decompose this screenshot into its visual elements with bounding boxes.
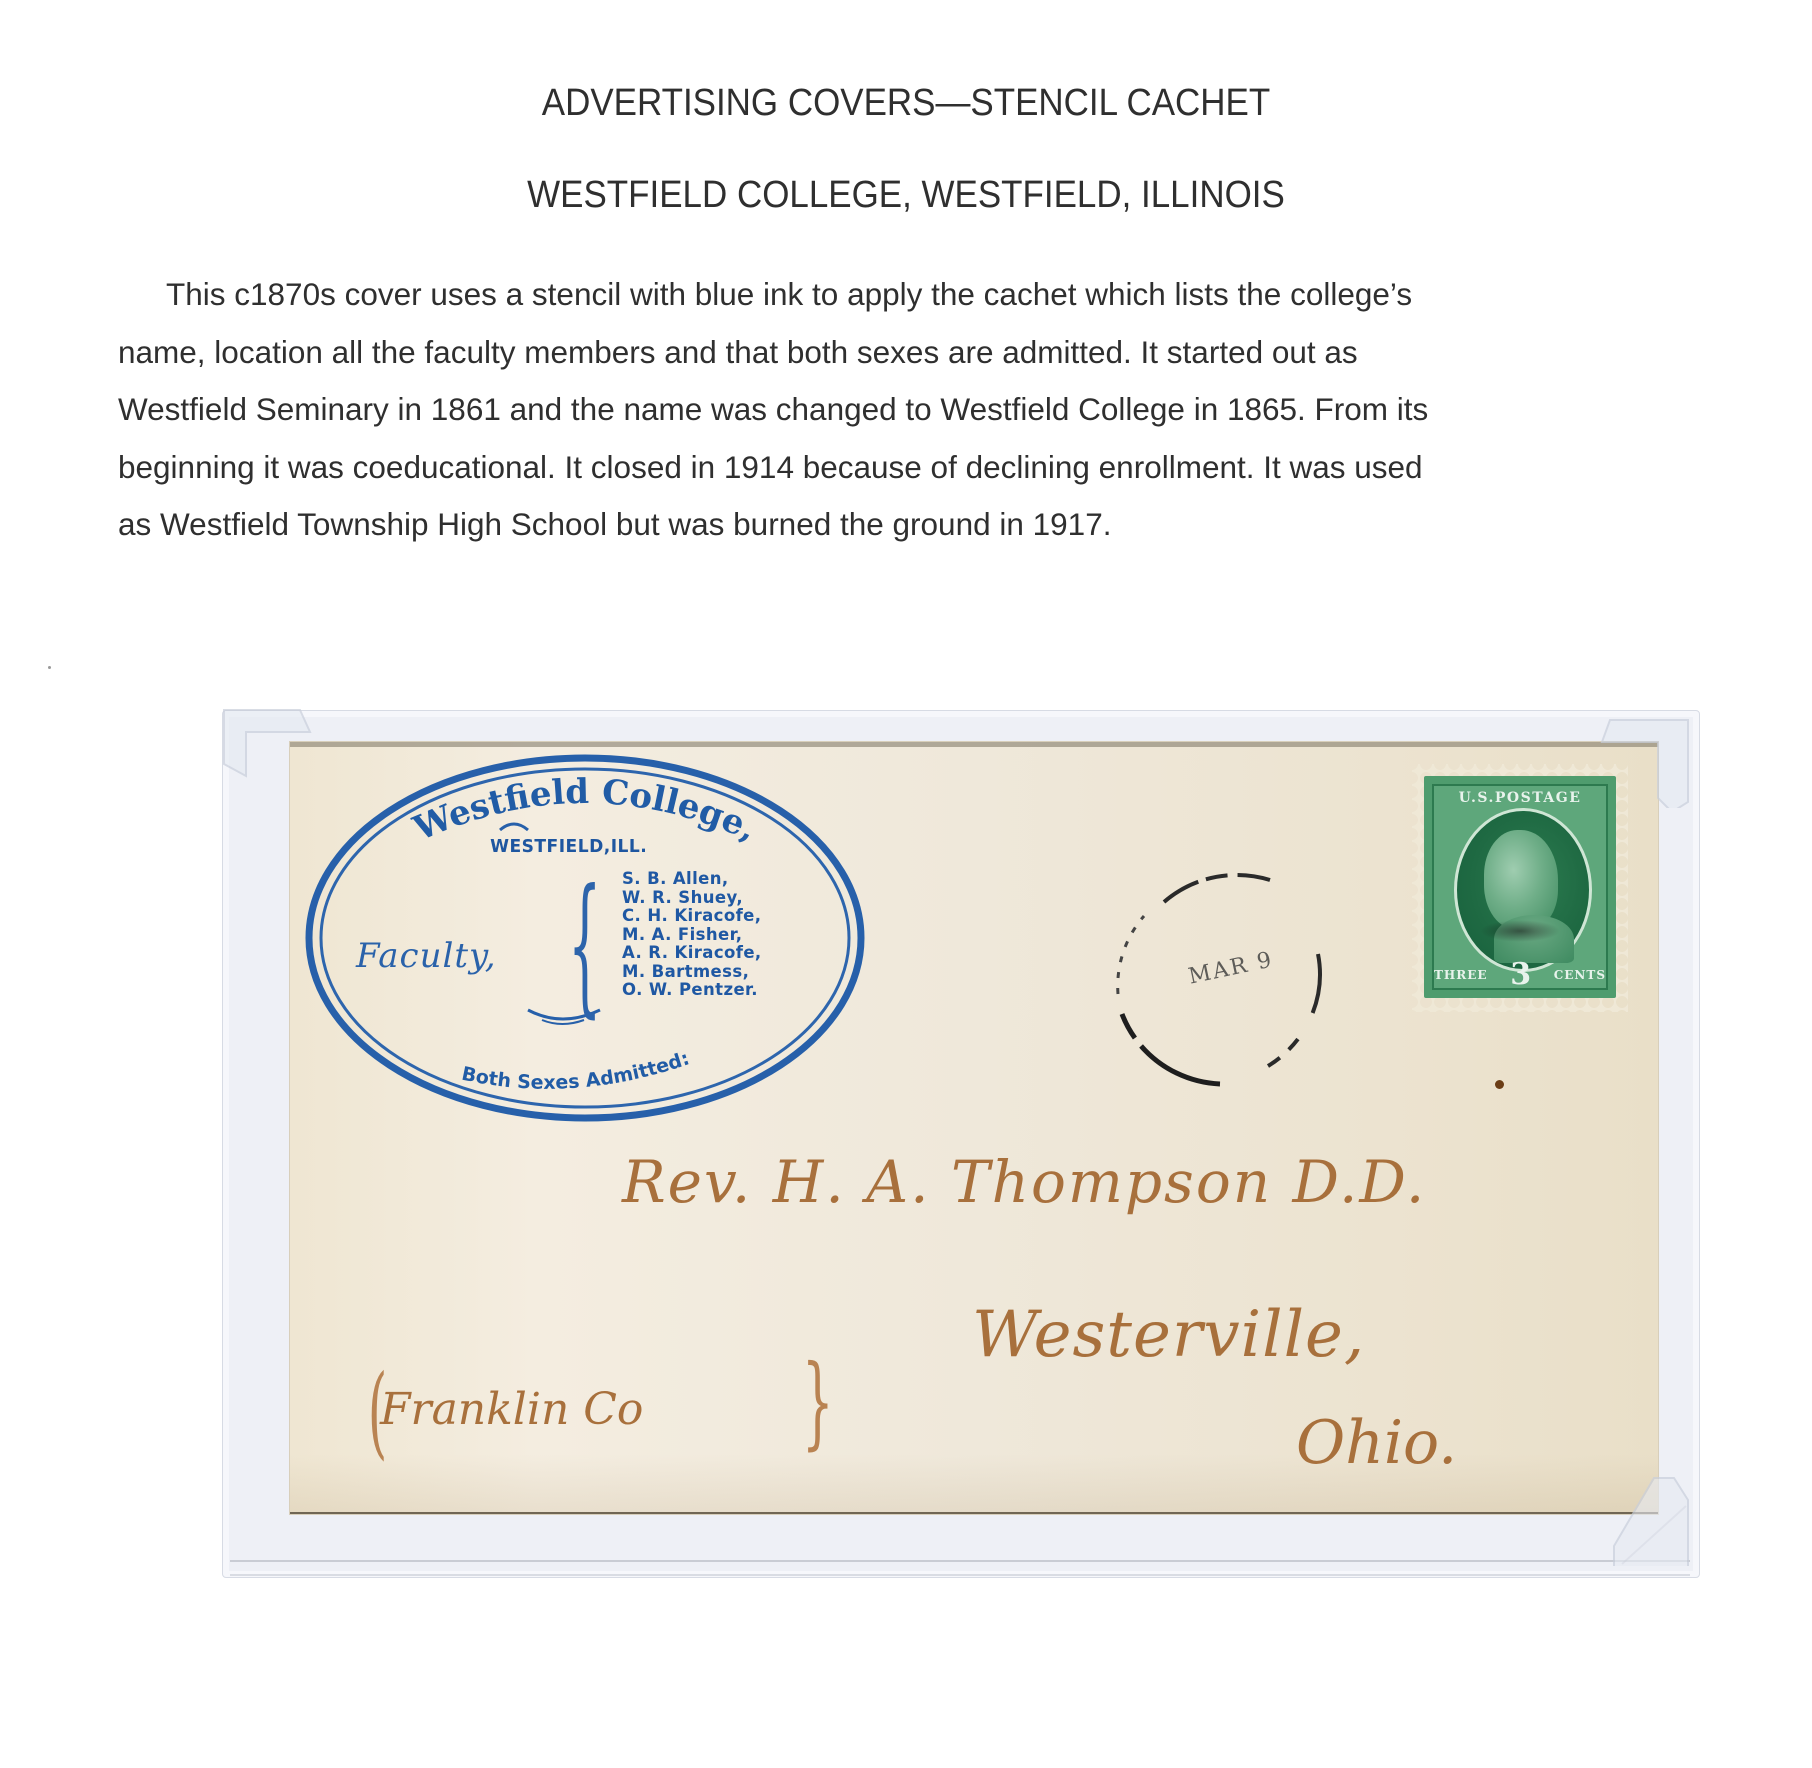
description-line: as Westfield Township High School but wa… — [118, 496, 1728, 554]
address-city: Westerville, — [972, 1298, 1365, 1372]
description-line: Westfield Seminary in 1861 and the name … — [118, 381, 1728, 439]
page-title: ADVERTISING COVERS—STENCIL CACHET — [72, 82, 1739, 125]
paper-speck — [48, 666, 51, 669]
curly-brace-icon: { — [568, 870, 601, 1020]
sleeve-bottom-rail — [230, 1560, 1690, 1576]
stamp-value-word-left: THREE — [1434, 968, 1488, 982]
ink-spot — [1495, 1080, 1504, 1089]
cachet-footer: Both Sexes Admitted: — [460, 1047, 692, 1093]
faculty-list: S. B. Allen, W. R. Shuey, C. H. Kiracofe… — [622, 870, 762, 1000]
description-line: beginning it was coeducational. It close… — [118, 439, 1728, 497]
stencil-cachet: Westfield College, Both Sexes Admitted: … — [300, 748, 870, 1128]
stamp-value-row: THREE 3 CENTS — [1434, 962, 1606, 988]
stamp-top-text: U.S.POSTAGE — [1440, 790, 1600, 806]
faculty-member: S. B. Allen, — [622, 870, 762, 889]
stamp-value-numeral: 3 — [1510, 962, 1531, 988]
faculty-member: A. R. Kiracofe, — [622, 944, 762, 963]
cachet-location: WESTFIELD,ILL. — [490, 836, 647, 857]
address-county: Franklin Co — [380, 1384, 643, 1435]
stamp-value-word-right: CENTS — [1554, 968, 1606, 982]
right-brace-icon: } — [802, 1352, 834, 1452]
description-line: This c1870s cover uses a stencil with bl… — [118, 266, 1728, 324]
description-line: name, location all the faculty members a… — [118, 324, 1728, 382]
faculty-member: M. A. Fisher, — [622, 926, 762, 945]
washington-portrait-icon — [1484, 830, 1558, 930]
cachet-faculty-label: Faculty, — [356, 936, 497, 976]
postmark: MAR 9 — [1100, 844, 1340, 1094]
svg-text:Both Sexes Admitted:: Both Sexes Admitted: — [460, 1047, 692, 1093]
faculty-member: W. R. Shuey, — [622, 889, 762, 908]
mount-corner-bottom-right-icon — [1612, 1476, 1702, 1566]
faculty-member: C. H. Kiracofe, — [622, 907, 762, 926]
description-paragraph: This c1870s cover uses a stencil with bl… — [118, 266, 1728, 554]
faculty-member: O. W. Pentzer. — [622, 981, 762, 1000]
address-addressee: Rev. H. A. Thompson D.D. — [622, 1148, 1426, 1216]
mount-corner-top-left-icon — [222, 708, 312, 798]
faculty-member: M. Bartmess, — [622, 963, 762, 982]
page-subtitle: WESTFIELD COLLEGE, WESTFIELD, ILLINOIS — [72, 174, 1739, 217]
address-state: Ohio. — [1296, 1408, 1457, 1478]
stamp-cancellation — [1480, 920, 1560, 942]
